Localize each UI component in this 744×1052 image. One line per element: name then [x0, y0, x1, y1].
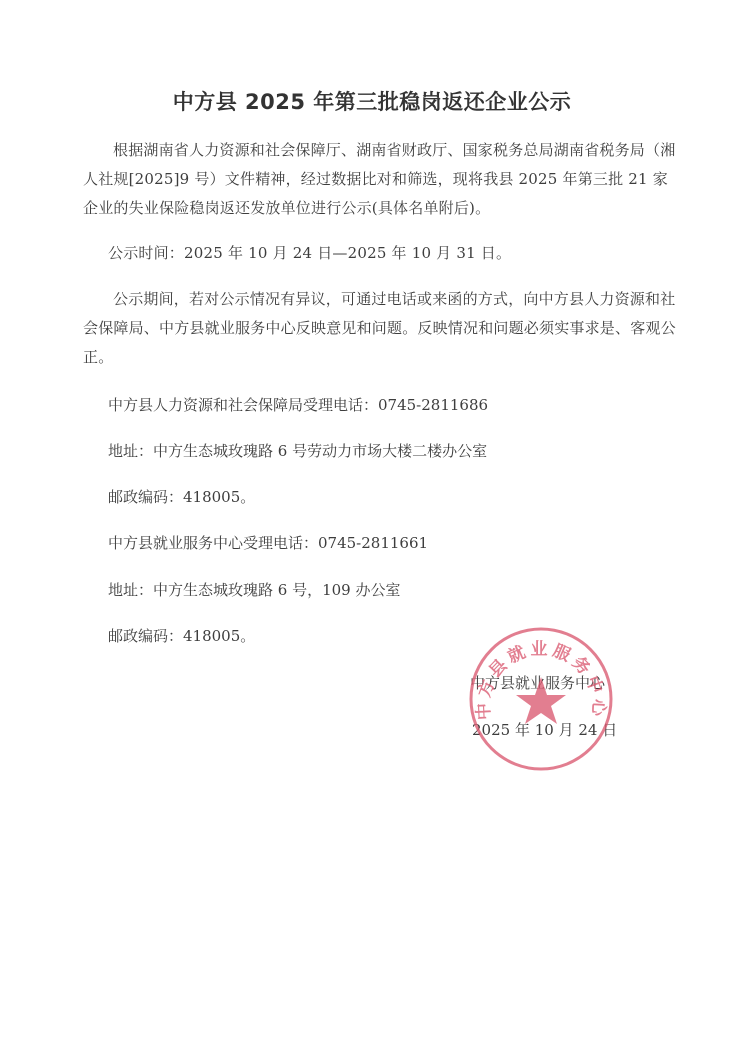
hrss-postcode-line: 邮政编码：418005。 — [108, 487, 255, 507]
objection-paragraph: 公示期间，若对公示情况有异议，可通过电话或来函的方式，向中方县人力资源和社会保障… — [83, 285, 683, 372]
hrss-phone-line: 中方县人力资源和社会保障局受理电话：0745-2811686 — [108, 395, 488, 415]
official-seal-icon: 中方县就业服务中心 — [467, 625, 615, 773]
employment-center-address-line: 地址：中方生态城玫瑰路 6 号，109 办公室 — [108, 580, 400, 600]
hrss-address-line: 地址：中方生态城玫瑰路 6 号劳动力市场大楼二楼办公室 — [108, 441, 487, 461]
document-title: 中方县 2025 年第三批稳岗返还企业公示 — [0, 86, 744, 116]
publicity-period-paragraph: 公示时间：2025 年 10 月 24 日—2025 年 10 月 31 日。 — [78, 239, 678, 268]
intro-paragraph: 根据湖南省人力资源和社会保障厅、湖南省财政厅、国家税务总局湖南省税务局（湘人社规… — [83, 136, 683, 223]
employment-center-postcode-line: 邮政编码：418005。 — [108, 626, 255, 646]
document-page: 中方县 2025 年第三批稳岗返还企业公示 根据湖南省人力资源和社会保障厅、湖南… — [0, 0, 744, 1052]
employment-center-phone-line: 中方县就业服务中心受理电话：0745-2811661 — [108, 533, 428, 553]
